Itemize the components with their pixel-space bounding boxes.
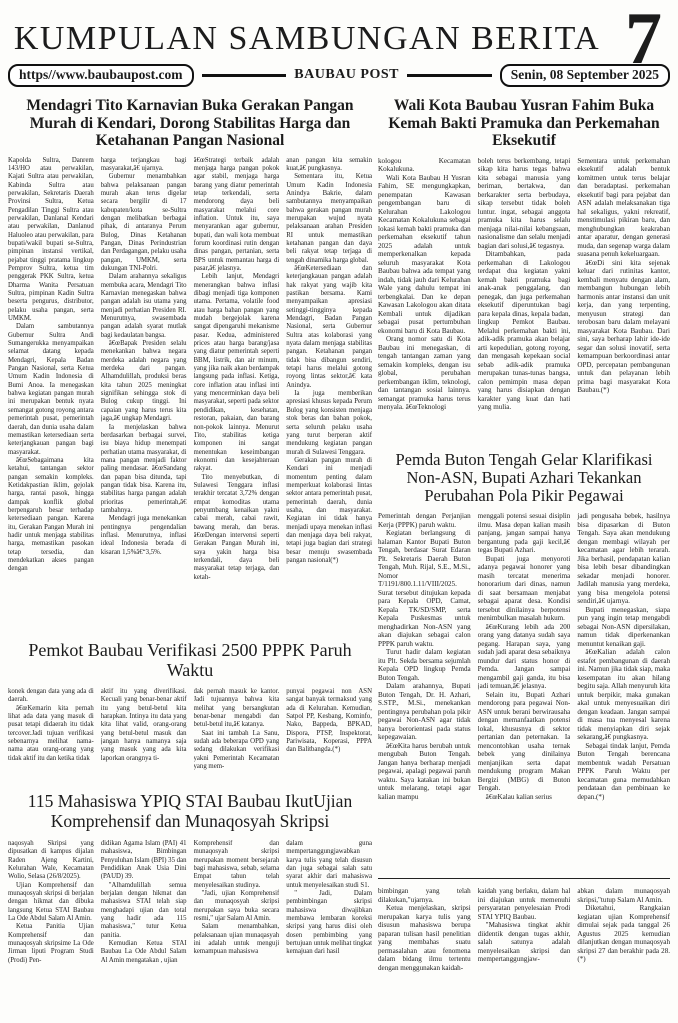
- paragraph: Lebih lanjut, Mendagri menerangkan bahwa…: [194, 273, 280, 473]
- article-columns: bimbingan yang telah dilakukan,"ujarnya.…: [378, 887, 670, 1013]
- article-column: Pemerintah dengan Perjanjian Kerja (PPPK…: [378, 512, 471, 880]
- article-column: kaidah yang berlaku, dalam hal ini diaju…: [478, 887, 571, 1013]
- paragraph: bimbingan yang telah dilakukan,"ujarnya.: [378, 887, 471, 904]
- article-column: Sementara untuk perkemahan eksekutif ada…: [577, 157, 670, 455]
- article-headline: Pemda Buton Tengah Gelar Klarifikasi Non…: [378, 451, 670, 505]
- paragraph: Ia juga memberikan apresiasi khusus kepa…: [286, 390, 372, 457]
- paragraph: aktif itu yang diverifikasi. Kecuali yan…: [101, 688, 187, 763]
- paragraph: Kegiatan berlangsung di halaman Kantor B…: [378, 529, 471, 648]
- website-box: https//www.baubaupost.com: [8, 64, 194, 87]
- paragraph: Mendagri juga menekankan pentingnya peng…: [101, 515, 187, 557]
- masthead-bar: https//www.baubaupost.com BAUBAU POST Se…: [8, 62, 670, 88]
- article-column: harga terjangkau bagi masyarakat,â€ ujar…: [101, 157, 187, 636]
- paragraph: kaidah yang berlaku, dalam hal ini diaju…: [478, 887, 571, 921]
- paragraph: Kemudian Ketua STAI Baubau La Ode Abdul …: [101, 940, 187, 965]
- article-column: Kapolda Sultra, Danrem 143/HO atau perwa…: [8, 157, 94, 636]
- paragraph: Sebagai tindak lanjut, Pemda Buton Tenga…: [577, 742, 670, 802]
- paragraph: "Jadi, ujian Komprehensif dan munaqosyah…: [194, 890, 280, 923]
- masthead-label: BAUBAU POST: [294, 67, 399, 83]
- paragraph: â€œSebagaimana kita ketahui, tantangan s…: [8, 457, 94, 574]
- paragraph: dalam guna mempertanggungjawabkan karya …: [286, 840, 372, 890]
- paragraph: harga terjangkau bagi masyarakat,â€ ujar…: [101, 157, 187, 174]
- paragraph: Dalam sambutannya Gubernur Sultra Andi S…: [8, 323, 94, 457]
- paragraph: menggali potensi sesuai disiplin ilmu. M…: [478, 512, 571, 555]
- paragraph: Sementara itu, Ketua Umum Kadin Indonesi…: [286, 173, 372, 265]
- section-rule: [378, 878, 670, 879]
- paragraph: â€œKalian adalah calon estafet pembangun…: [577, 648, 670, 742]
- article-column: anan pangan kita semakin kuat,â€ pungkas…: [286, 157, 372, 636]
- article-column: dalam guna mempertanggungjawabkan karya …: [286, 840, 372, 1008]
- article-column: boleh terus berkembang, tetapi sikap kit…: [478, 157, 571, 455]
- article-columns: Pemerintah dengan Perjanjian Kerja (PPPK…: [378, 512, 670, 880]
- divider-line: [407, 74, 492, 77]
- paragraph: kologou Kecamatan Kokalukuna.: [378, 157, 471, 174]
- paragraph: anan pangan kita semakin kuat,â€ pungkas…: [286, 157, 372, 174]
- paragraph: â€œDi sini kita sejenak keluar dari ruti…: [577, 259, 670, 395]
- paragraph: punyai pegawai non ASN sangat banyak ter…: [286, 688, 372, 755]
- paragraph: Ditambahkan, pada perkemahan di Lakologo…: [478, 250, 571, 412]
- article-column: kologou Kecamatan Kokalukuna.Wali Kota B…: [378, 157, 471, 455]
- paragraph: Saat ini tambah La Sanu, sudah ada beber…: [194, 730, 280, 772]
- paragraph: â€œKita harus berubah untuk mengubah But…: [378, 742, 471, 802]
- paragraph: konek dengan data yang ada di daerah.: [8, 688, 94, 705]
- paragraph: Selain itu, Bupati Azhari mendorong para…: [478, 691, 571, 793]
- newspaper-page: KUMPULAN SAMBUNGAN BERITA 7 https//www.b…: [0, 0, 678, 1023]
- article-headline: Wali Kota Baubau Yusran Fahim Buka Kemah…: [378, 97, 670, 150]
- paragraph: " Jadi, Dalam pembimbingan skripsi mahas…: [286, 890, 372, 957]
- article-walikota-kemah-bakti: Wali Kota Baubau Yusran Fahim Buka Kemah…: [378, 97, 670, 455]
- paragraph: didikan Agama Islam (PAI) 41 mahasiswa, …: [101, 840, 187, 882]
- paragraph: Ketua Panitia Ujian Komprehensif dan mun…: [8, 923, 94, 965]
- paragraph: "Mahasiswa tingkat akhir diidentik denga…: [478, 921, 571, 964]
- article-column: bimbingan yang telah dilakukan,"ujarnya.…: [378, 887, 471, 1013]
- paragraph: jadi pengusaha bebek, hasilnya bisa dipa…: [577, 512, 670, 606]
- article-headline: Pemkot Baubau Verifikasi 2500 PPPK Paruh…: [8, 640, 372, 680]
- paragraph: "Alhamdulillah semua berjalan dengan hik…: [101, 882, 187, 940]
- paragraph: Dalam arahannya, Bupati Buton Tengah, Dr…: [378, 682, 471, 742]
- article-column: naqosyah Skripsi yang dipusatkan di kamp…: [8, 840, 94, 1008]
- paragraph: Dalam arahannya sekaligus membuka acara,…: [101, 273, 187, 340]
- article-column: jadi pengusaha bebek, hasilnya bisa dipa…: [577, 512, 670, 880]
- paragraph: Turut hadir dalam kegiatan itu Plt. Sekd…: [378, 648, 471, 682]
- divider-line: [202, 74, 287, 77]
- paragraph: naqosyah Skripsi yang dipusatkan di kamp…: [8, 840, 94, 882]
- article-columns: kologou Kecamatan Kokalukuna.Wali Kota B…: [378, 157, 670, 455]
- article-pemda-buton-tengah-nonasn: Pemda Buton Tengah Gelar Klarifikasi Non…: [378, 451, 670, 880]
- paragraph: Salam menambahkan, pelaksanaan ujian mun…: [194, 923, 280, 956]
- paragraph: â€œKalau kalian serius: [478, 793, 571, 802]
- article-column: menggali potensi sesuai disiplin ilmu. M…: [478, 512, 571, 880]
- article-headline: Mendagri Tito Karnavian Buka Gerakan Pan…: [8, 97, 372, 150]
- paragraph: Ujian Komprehensif dan munaqosyah skrips…: [8, 882, 94, 924]
- paragraph: Bupati menegaskan, siapa pun yang ingin …: [577, 606, 670, 649]
- article-mahasiswa-stai-ujian-continued: bimbingan yang telah dilakukan,"ujarnya.…: [378, 878, 670, 1013]
- paragraph: Sementara untuk perkemahan eksekutif ada…: [577, 157, 670, 259]
- article-headline: 115 Mahasiswa YPIQ STAI Baubau IkutUjian…: [8, 791, 372, 831]
- paragraph: Tito menyebutkan, di Sulawesi Tenggara i…: [194, 474, 280, 582]
- paragraph: Gerakan pangan murah di Kendari ini menj…: [286, 457, 372, 565]
- article-column: Komprehensif dan munaqosyah skripsi meru…: [194, 840, 280, 1008]
- paragraph: Pemerintah dengan Perjanjian Kerja (PPPK…: [378, 512, 471, 529]
- date-box: Senin, 08 September 2025: [500, 64, 670, 87]
- article-columns: naqosyah Skripsi yang dipusatkan di kamp…: [8, 840, 372, 1008]
- article-column: didikan Agama Islam (PAI) 41 mahasiswa, …: [101, 840, 187, 1008]
- section-title: KUMPULAN SAMBUNGAN BERITA: [0, 20, 614, 58]
- article-mendagri-pangan-murah: Mendagri Tito Karnavian Buka Gerakan Pan…: [8, 97, 372, 636]
- paragraph: â€œKetersediaan dan keterjangkauan panga…: [286, 265, 372, 390]
- article-columns: Kapolda Sultra, Danrem 143/HO atau perwa…: [8, 157, 372, 636]
- paragraph: Diketahui, Rangkaian kegiatan ujian Komp…: [577, 904, 670, 964]
- paragraph: â€œKurang lebih ada 200 orang yang datan…: [478, 623, 571, 691]
- paragraph: Bupati juga menyoroti adanya pegawai hon…: [478, 555, 571, 623]
- article-pemkot-verifikasi-pppk: Pemkot Baubau Verifikasi 2500 PPPK Paruh…: [8, 640, 372, 810]
- paragraph: â€œStrategi terbaik adalah menjaga harga…: [194, 157, 280, 274]
- paragraph: Wali Kota Baubau H Yusran Fahim, SE meng…: [378, 174, 471, 336]
- article-mahasiswa-stai-ujian: 115 Mahasiswa YPIQ STAI Baubau IkutUjian…: [8, 791, 372, 1008]
- paragraph: Kapolda Sultra, Danrem 143/HO atau perwa…: [8, 157, 94, 324]
- paragraph: Gubernur menambahkan bahwa pelaksanaan p…: [101, 173, 187, 273]
- paragraph: dak pernah masuk ke kantor. Jadi tujuann…: [194, 688, 280, 730]
- paragraph: abkan dalam munaqosyah skripsi,"tutup Sa…: [577, 887, 670, 904]
- paragraph: Ia menjelaskan bahwa berdasarkan berbaga…: [101, 424, 187, 516]
- paragraph: Komprehensif dan munaqosyah skripsi meru…: [194, 840, 280, 890]
- paragraph: boleh terus berkembang, tetapi sikap kit…: [478, 157, 571, 251]
- paragraph: â€œBapak Presiden selalu menekankan bahw…: [101, 340, 187, 423]
- paragraph: Orang nomor satu di Kota Baubau ini mene…: [378, 335, 471, 412]
- paragraph: â€œKemarin kita pernah lihat ada data ya…: [8, 705, 94, 763]
- paragraph: Ketua menjelaskan, skripsi merupakan kar…: [378, 904, 471, 972]
- article-column: abkan dalam munaqosyah skripsi,"tutup Sa…: [577, 887, 670, 1013]
- article-column: â€œStrategi terbaik adalah menjaga harga…: [194, 157, 280, 636]
